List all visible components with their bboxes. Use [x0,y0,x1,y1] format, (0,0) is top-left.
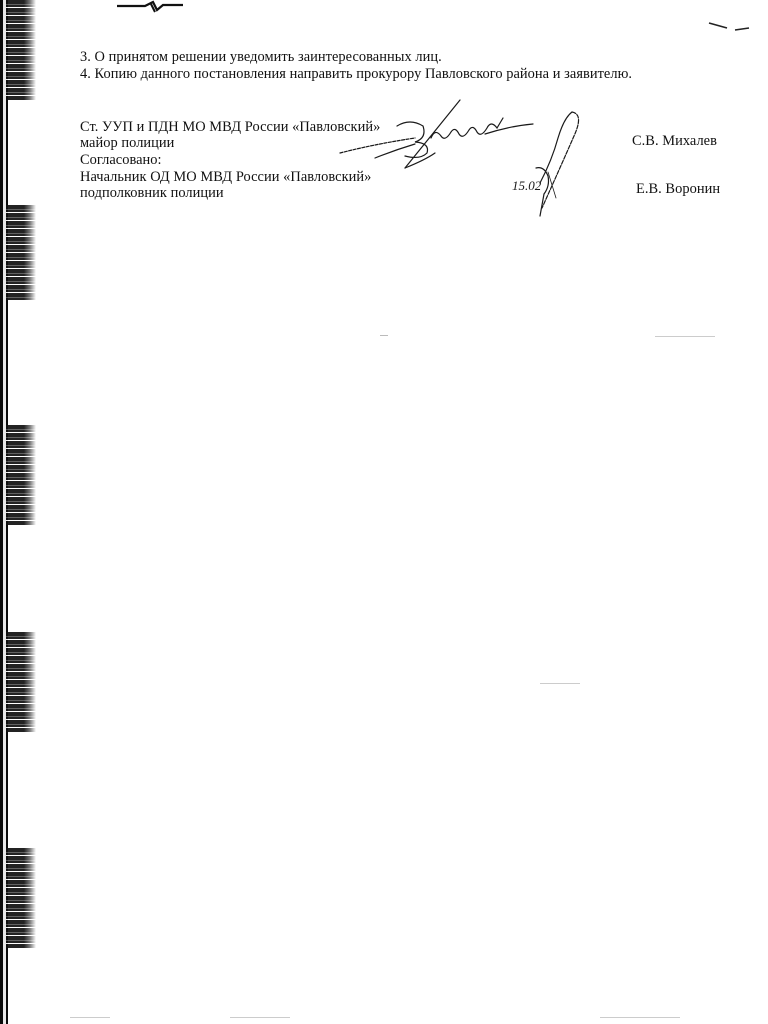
signatory-1-name: С.В. Михалев [632,133,717,149]
scan-noise [70,1017,110,1018]
signature-date-annotation: 15.02 [512,178,542,193]
binding-mark [6,0,36,100]
scan-noise [230,1017,290,1018]
signatory-2-rank: подполковник полиции [80,185,224,201]
binding-mark [6,632,36,732]
binding-mark [6,425,36,525]
stray-ink-mark [115,0,185,16]
signatory-2-position: Начальник ОД МО МВД России «Павловский» [80,169,371,185]
signatory-1-rank: майор полиции [80,135,174,151]
stray-ink-mark [705,18,755,38]
scan-noise [655,336,715,337]
binding-mark [6,848,36,948]
binding-mark [6,205,36,300]
signatory-2-name: Е.В. Воронин [636,181,720,197]
scanned-document-page: 3. О принятом решении уведомить заинтере… [0,0,768,1024]
approval-label: Согласовано: [80,152,162,168]
paragraph-3: 3. О принятом решении уведомить заинтере… [80,49,442,65]
signature-voronin-icon: 15.02 [500,108,590,220]
scan-noise [380,335,388,336]
paragraph-4: 4. Копию данного постановления направить… [80,66,632,82]
scan-noise [540,683,580,684]
scan-noise [600,1017,680,1018]
